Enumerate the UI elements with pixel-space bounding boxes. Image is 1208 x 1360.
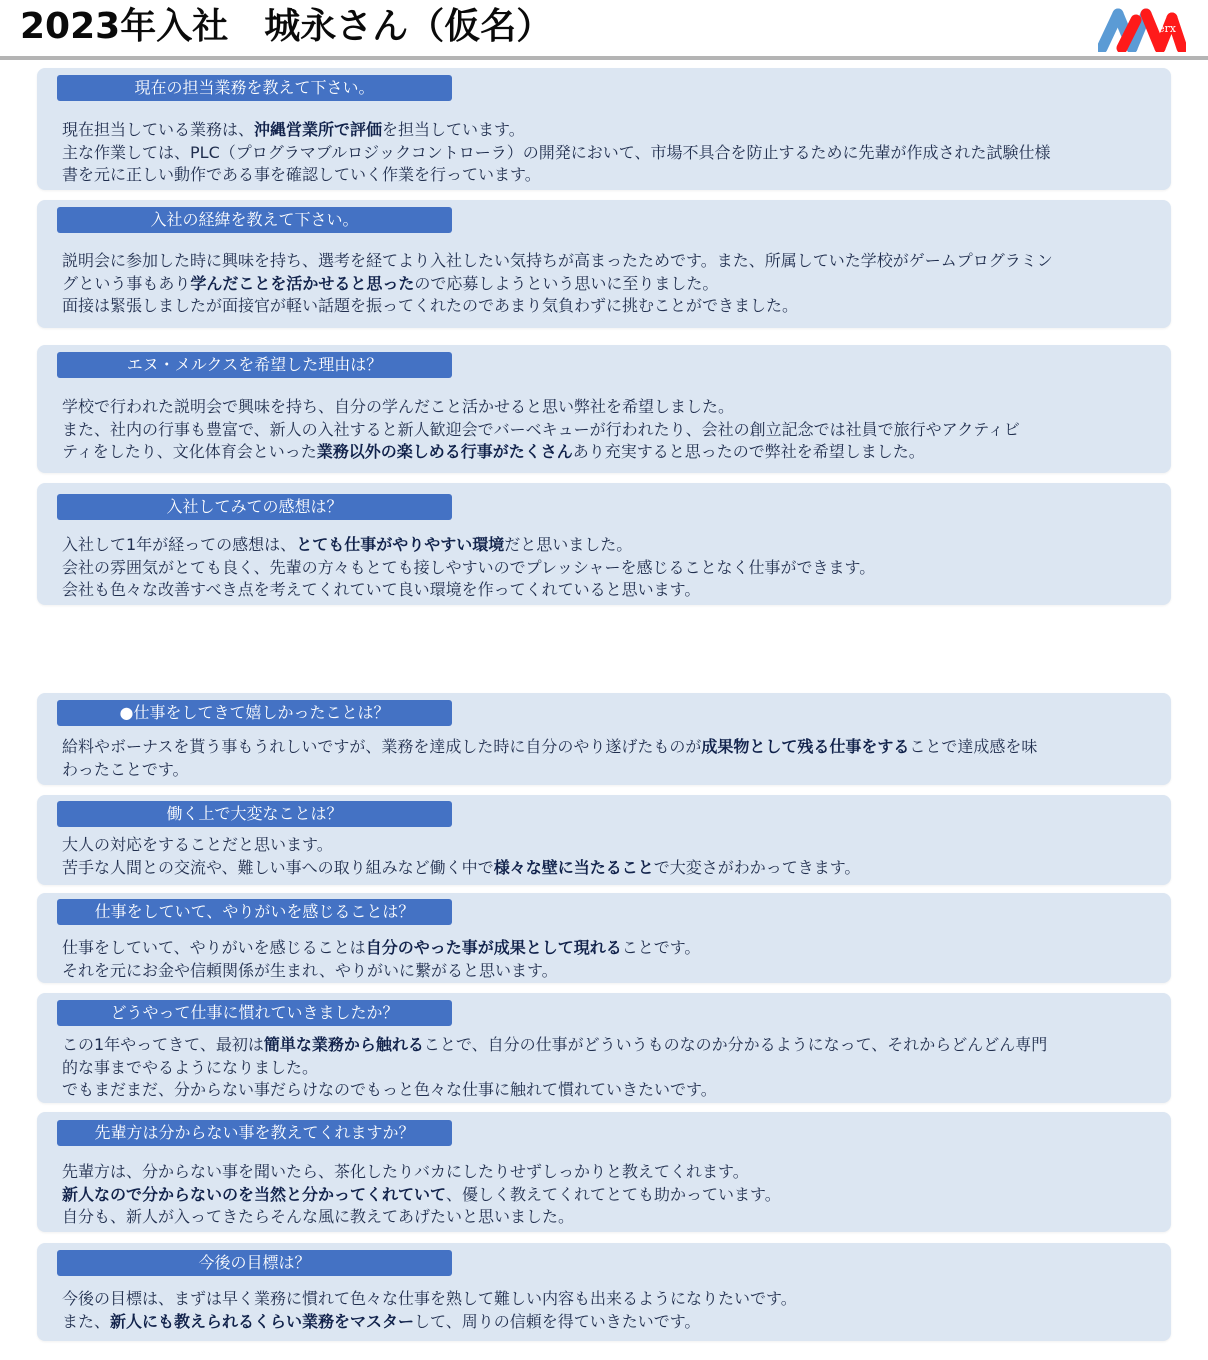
answer-line: 仕事をしていて、やりがいを感じることは自分のやった事が成果として現れることです。 <box>62 937 1143 960</box>
answer-run: それを元にお金や信頼関係が生まれ、やりがいに繋がると思います。 <box>62 961 558 980</box>
answer-run: 給料やボーナスを貰う事もうれしいですが、業務を達成した時に自分のやり遂げたものが <box>62 737 701 756</box>
qa-card-getting-used: どうやって仕事に慣れていきましたか？ この1年やってきて、最初は簡単な業務から触… <box>37 993 1171 1103</box>
company-logo: erx <box>1098 8 1186 52</box>
emphasis-text: 簡単な業務から触れる <box>264 1035 424 1054</box>
answer-line: でもまだまだ、分からない事だらけなのでもっと色々な仕事に触れて慣れていきたいです… <box>62 1079 1143 1102</box>
answer-text: 現在担当している業務は、沖縄営業所で評価を担当しています。主な作業しては、PLC… <box>62 119 1143 187</box>
emphasis-text: 新人にも教えられるくらい業務をマスター <box>110 1312 414 1331</box>
answer-run: グという事もあり <box>62 274 190 293</box>
answer-text: 先輩方は、分からない事を聞いたら、茶化したりバカにしたりせずしっかりと教えてくれ… <box>62 1161 1143 1229</box>
qa-card-joining-background: 入社の経緯を教えて下さい。 説明会に参加した時に興味を持ち、選考を経てより入社し… <box>37 200 1171 328</box>
answer-line: 学校で行われた説明会で興味を持ち、自分の学んだこと活かせると思い弊社を希望しまし… <box>62 396 1143 419</box>
answer-line: 給料やボーナスを貰う事もうれしいですが、業務を達成した時に自分のやり遂げたものが… <box>62 736 1143 759</box>
answer-line: それを元にお金や信頼関係が生まれ、やりがいに繋がると思います。 <box>62 960 1143 983</box>
answer-line: 会社の雰囲気がとても良く、先輩の方々もとても接しやすいのでプレッシャーを感じるこ… <box>62 557 1143 580</box>
answer-run: 仕事をしていて、やりがいを感じることは <box>62 938 366 957</box>
page-title: 2023年入社 城永さん（仮名） <box>20 4 552 50</box>
qa-card-happy-moments: ●仕事をしてきて嬉しかったことは？ 給料やボーナスを貰う事もうれしいですが、業務… <box>37 693 1171 785</box>
answer-run: ティをしたり、文化体育会といった <box>62 442 317 461</box>
answer-line: 先輩方は、分からない事を聞いたら、茶化したりバカにしたりせずしっかりと教えてくれ… <box>62 1161 1143 1184</box>
emphasis-text: とても仕事がやりやすい環境 <box>296 535 504 554</box>
answer-line: 書を元に正しい動作である事を確認していく作業を行っています。 <box>62 164 1143 187</box>
answer-text: 入社して1年が経っての感想は、とても仕事がやりやすい環境だと思いました。会社の雰… <box>62 534 1143 602</box>
emphasis-text: 様々な壁に当たること <box>494 858 654 877</box>
question-label: 入社してみての感想は？ <box>57 494 452 520</box>
answer-run: でもまだまだ、分からない事だらけなのでもっと色々な仕事に触れて慣れていきたいです… <box>62 1080 717 1099</box>
answer-line: また、社内の行事も豊富で、新人の入社すると新人歓迎会でバーベキューが行われたり、… <box>62 419 1143 442</box>
answer-run: この1年やってきて、最初は <box>62 1035 264 1054</box>
answer-run: また、 <box>62 1312 110 1331</box>
question-label: 現在の担当業務を教えて下さい。 <box>57 75 452 101</box>
answer-run: 、優しく教えてくれてとても助かっています。 <box>446 1185 781 1204</box>
answer-run: 書を元に正しい動作である事を確認していく作業を行っています。 <box>62 165 541 184</box>
header-divider <box>0 56 1208 60</box>
answer-run: 自分も、新人が入ってきたらそんな風に教えてあげたいと思いました。 <box>62 1207 574 1226</box>
emphasis-text: 自分のやった事が成果として現れる <box>366 938 622 957</box>
answer-run: わったことです。 <box>62 760 189 779</box>
answer-run: ので応募しようという思いに至りました。 <box>414 274 718 293</box>
answer-text: 説明会に参加した時に興味を持ち、選考を経てより入社したい気持ちが高まったためです… <box>62 250 1143 318</box>
answer-run: を担当しています。 <box>382 120 525 139</box>
question-label: 仕事をしていて、やりがいを感じることは？ <box>57 899 452 925</box>
emphasis-text: 成果物として残る仕事をする <box>701 737 909 756</box>
answer-line: 会社も色々な改善すべき点を考えてくれていて良い環境を作ってくれていると思います。 <box>62 579 1143 602</box>
answer-run: 入社して1年が経っての感想は、 <box>62 535 296 554</box>
answer-run: で大変さがわかってきます。 <box>654 858 861 877</box>
qa-card-current-duties: 現在の担当業務を教えて下さい。 現在担当している業務は、沖縄営業所で評価を担当し… <box>37 68 1171 190</box>
answer-run: して、周りの信頼を得ていきたいです。 <box>414 1312 700 1331</box>
answer-run: 大人の対応をすることだと思います。 <box>62 835 333 854</box>
answer-line: 説明会に参加した時に興味を持ち、選考を経てより入社したい気持ちが高まったためです… <box>62 250 1143 273</box>
answer-line: ティをしたり、文化体育会といった業務以外の楽しめる行事がたくさんあり充実すると思… <box>62 441 1143 464</box>
qa-card-difficulties: 働く上で大変なことは？ 大人の対応をすることだと思います。苦手な人間との交流や、… <box>37 795 1171 885</box>
answer-run: また、社内の行事も豊富で、新人の入社すると新人歓迎会でバーベキューが行われたり、… <box>62 420 1020 439</box>
answer-run: 面接は緊張しましたが面接官が軽い話題を振ってくれたのであまり気負わずに挑むことが… <box>62 296 798 315</box>
answer-line: 自分も、新人が入ってきたらそんな風に教えてあげたいと思いました。 <box>62 1206 1143 1229</box>
answer-run: 今後の目標は、まずは早く業務に慣れて色々な仕事を熟して難しい内容も出来るようにな… <box>62 1289 797 1308</box>
answer-line: 苦手な人間との交流や、難しい事への取り組みなど働く中で様々な壁に当たることで大変… <box>62 857 1143 880</box>
answer-line: 主な作業しては、PLC（プログラマブルロジックコントローラ）の開発において、市場… <box>62 142 1143 165</box>
answer-line: この1年やってきて、最初は簡単な業務から触れることで、自分の仕事がどういうものな… <box>62 1034 1143 1057</box>
answer-text: 大人の対応をすることだと思います。苦手な人間との交流や、難しい事への取り組みなど… <box>62 834 1143 879</box>
emphasis-text: 業務以外の楽しめる行事がたくさん <box>317 442 573 461</box>
answer-run: 学校で行われた説明会で興味を持ち、自分の学んだこと活かせると思い弊社を希望しまし… <box>62 397 734 416</box>
emphasis-text: 学んだことを活かせると思った <box>190 274 414 293</box>
answer-line: 大人の対応をすることだと思います。 <box>62 834 1143 857</box>
answer-run: だと思いました。 <box>504 535 632 554</box>
answer-line: 入社して1年が経っての感想は、とても仕事がやりやすい環境だと思いました。 <box>62 534 1143 557</box>
question-label: 働く上で大変なことは？ <box>57 801 452 827</box>
question-label: どうやって仕事に慣れていきましたか？ <box>57 1000 452 1026</box>
answer-run: ことで達成感を味 <box>909 737 1037 756</box>
answer-run: 的な事までやるようになりました。 <box>62 1058 318 1077</box>
answer-line: 現在担当している業務は、沖縄営業所で評価を担当しています。 <box>62 119 1143 142</box>
svg-text:erx: erx <box>1158 22 1177 35</box>
answer-run: ことで、自分の仕事がどういうものなのか分かるようになって、それからどんどん専門 <box>424 1035 1047 1054</box>
answer-line: 面接は緊張しましたが面接官が軽い話題を振ってくれたのであまり気負わずに挑むことが… <box>62 295 1143 318</box>
answer-run: 主な作業しては、PLC（プログラマブルロジックコントローラ）の開発において、市場… <box>62 143 1050 162</box>
answer-run: ことです。 <box>622 938 701 957</box>
question-label: 先輩方は分からない事を教えてくれますか？ <box>57 1120 452 1146</box>
qa-card-rewarding: 仕事をしていて、やりがいを感じることは？ 仕事をしていて、やりがいを感じることは… <box>37 893 1171 983</box>
answer-line: 今後の目標は、まずは早く業務に慣れて色々な仕事を熟して難しい内容も出来るようにな… <box>62 1288 1143 1311</box>
answer-line: わったことです。 <box>62 759 1143 782</box>
question-label: 今後の目標は？ <box>57 1250 452 1276</box>
answer-text: 給料やボーナスを貰う事もうれしいですが、業務を達成した時に自分のやり遂げたものが… <box>62 736 1143 781</box>
page-header: 2023年入社 城永さん（仮名） erx <box>0 0 1208 56</box>
answer-line: グという事もあり学んだことを活かせると思ったので応募しようという思いに至りました… <box>62 273 1143 296</box>
question-label: エヌ・メルクスを希望した理由は？ <box>57 352 452 378</box>
emphasis-text: 沖縄営業所で評価 <box>254 120 382 139</box>
emphasis-text: 新人なので分からないのを当然と分かってくれていて <box>62 1185 446 1204</box>
answer-run: 先輩方は、分からない事を聞いたら、茶化したりバカにしたりせずしっかりと教えてくれ… <box>62 1162 749 1181</box>
question-label: 入社の経緯を教えて下さい。 <box>57 207 452 233</box>
answer-line: 的な事までやるようになりました。 <box>62 1057 1143 1080</box>
answer-line: また、新人にも教えられるくらい業務をマスターして、周りの信頼を得ていきたいです。 <box>62 1311 1143 1334</box>
answer-run: 苦手な人間との交流や、難しい事への取り組みなど働く中で <box>62 858 494 877</box>
answer-run: 現在担当している業務は、 <box>62 120 254 139</box>
answer-run: 会社も色々な改善すべき点を考えてくれていて良い環境を作ってくれていると思います。 <box>62 580 700 599</box>
qa-card-impressions: 入社してみての感想は？ 入社して1年が経っての感想は、とても仕事がやりやすい環境… <box>37 483 1171 605</box>
logo-mark-icon: erx <box>1098 8 1186 52</box>
question-label: ●仕事をしてきて嬉しかったことは？ <box>57 700 452 726</box>
qa-card-senior-support: 先輩方は分からない事を教えてくれますか？ 先輩方は、分からない事を聞いたら、茶化… <box>37 1112 1171 1232</box>
answer-run: あり充実すると思ったので弊社を希望しました。 <box>573 442 925 461</box>
answer-text: 仕事をしていて、やりがいを感じることは自分のやった事が成果として現れることです。… <box>62 937 1143 982</box>
answer-text: 今後の目標は、まずは早く業務に慣れて色々な仕事を熟して難しい内容も出来るようにな… <box>62 1288 1143 1333</box>
answer-run: 会社の雰囲気がとても良く、先輩の方々もとても接しやすいのでプレッシャーを感じるこ… <box>62 558 875 577</box>
qa-card-future-goals: 今後の目標は？ 今後の目標は、まずは早く業務に慣れて色々な仕事を熟して難しい内容… <box>37 1243 1171 1341</box>
answer-line: 新人なので分からないのを当然と分かってくれていて、優しく教えてくれてとても助かっ… <box>62 1184 1143 1207</box>
answer-text: この1年やってきて、最初は簡単な業務から触れることで、自分の仕事がどういうものな… <box>62 1034 1143 1102</box>
qa-card-reason-for-choosing: エヌ・メルクスを希望した理由は？ 学校で行われた説明会で興味を持ち、自分の学んだ… <box>37 345 1171 473</box>
answer-run: 説明会に参加した時に興味を持ち、選考を経てより入社したい気持ちが高まったためです… <box>62 251 1053 270</box>
answer-text: 学校で行われた説明会で興味を持ち、自分の学んだこと活かせると思い弊社を希望しまし… <box>62 396 1143 464</box>
